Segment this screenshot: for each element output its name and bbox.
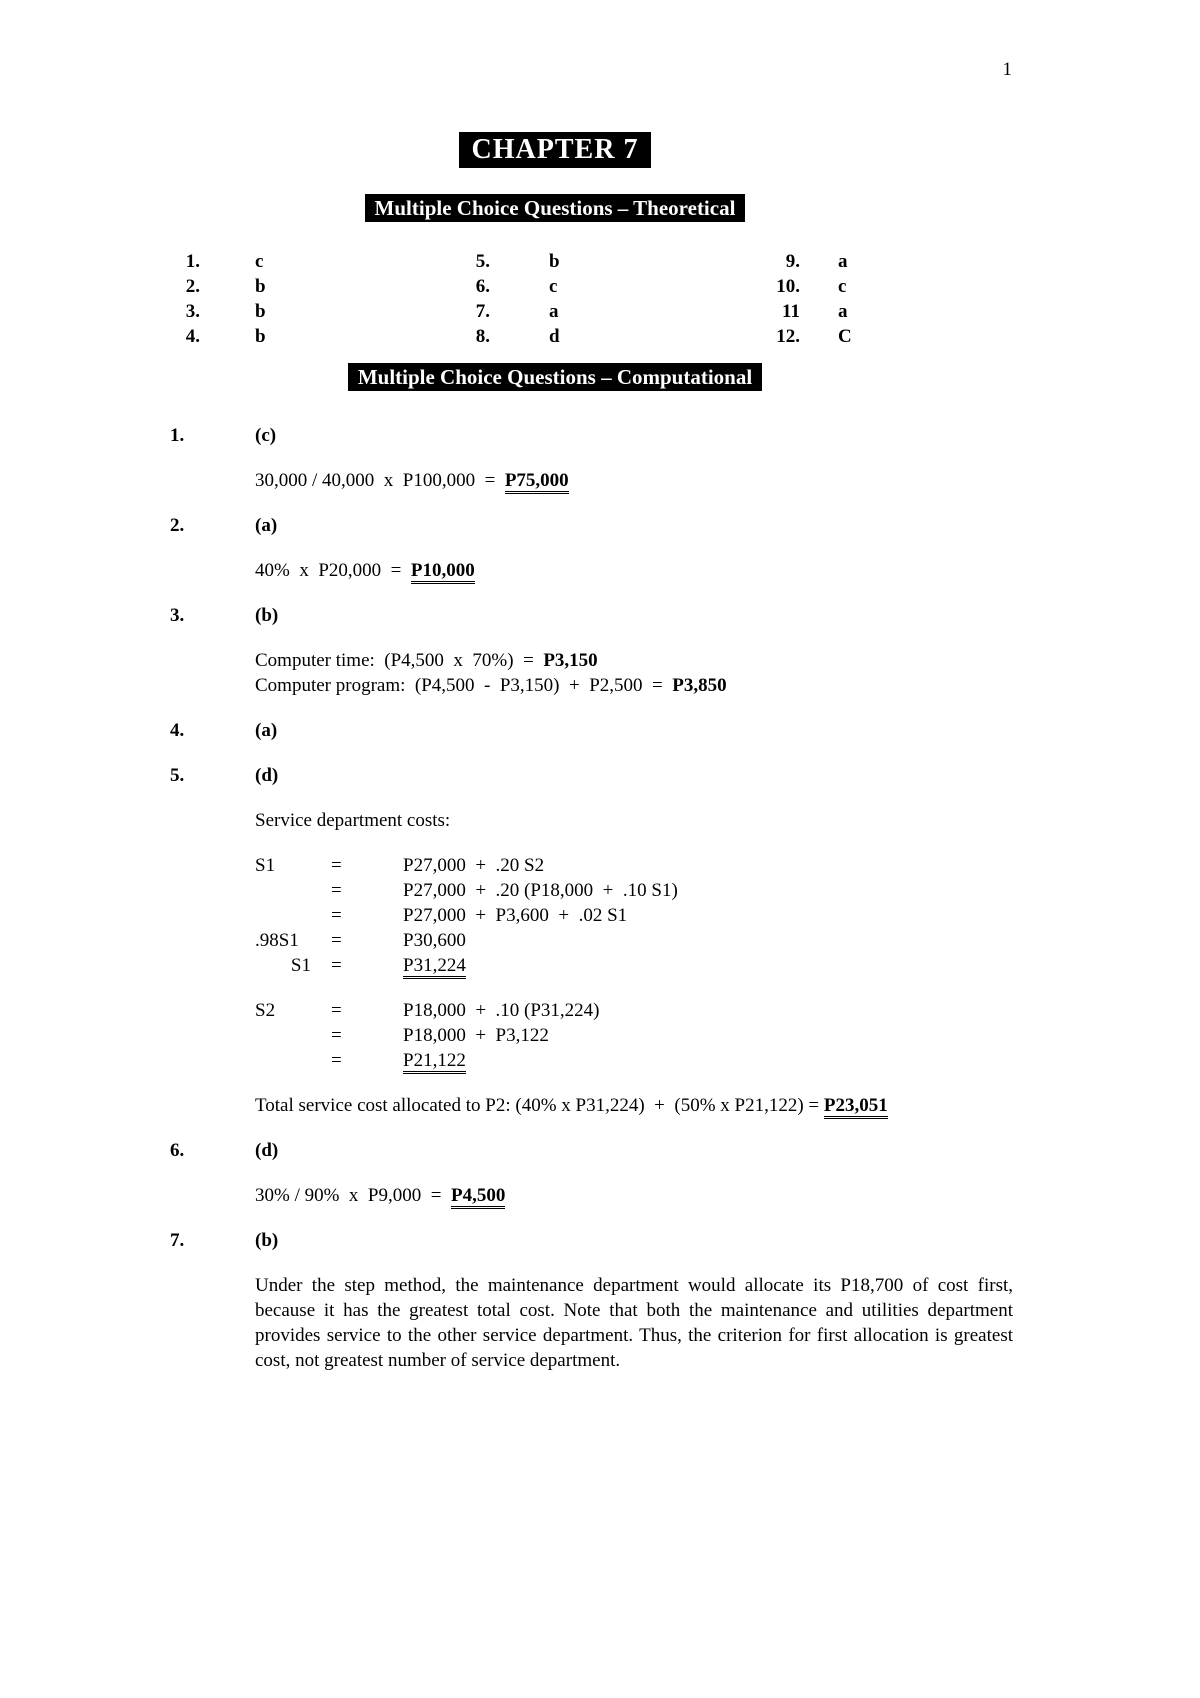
item-answer-letter: (c): [255, 423, 276, 448]
equals-sign: =: [331, 1048, 403, 1073]
answer-number: 9.: [740, 249, 800, 274]
s1-equation-table: S1 = P27,000 + .20 S2 = P27,000 + .20 (P…: [255, 853, 1200, 978]
equation-expression: P18,000 + P3,122: [403, 1023, 1200, 1048]
equation-label: [255, 878, 331, 903]
answer-letter: c: [490, 274, 740, 299]
formula-result: P3,150: [543, 650, 597, 671]
formula-result: P23,051: [824, 1095, 888, 1119]
theoretical-heading-row: Multiple Choice Questions – Theoretical: [0, 194, 1200, 222]
answer-letter: b: [200, 324, 430, 349]
equation-expression: P27,000 + P3,600 + .02 S1: [403, 903, 1200, 928]
answer-number: 11: [740, 299, 800, 324]
answer-number: 3.: [0, 299, 200, 324]
item-number: 4.: [170, 718, 255, 743]
item-number: 6.: [170, 1138, 255, 1163]
s2-equation-table: S2 = P18,000 + .10 (P31,224) = P18,000 +…: [255, 998, 1200, 1073]
formula-result: P75,000: [505, 470, 569, 494]
equation-row: = P27,000 + P3,600 + .02 S1: [255, 903, 1200, 928]
equals-sign: =: [331, 998, 403, 1023]
item-number: 1.: [170, 423, 255, 448]
chapter-title: CHAPTER 7: [459, 132, 652, 168]
equation-expression: P27,000 + .20 (P18,000 + .10 S1): [403, 878, 1200, 903]
answer-letter: a: [800, 299, 1200, 324]
formula-line: 30% / 90% x P9,000 = P4,500: [255, 1183, 1200, 1208]
equation-label: S1: [255, 953, 331, 978]
formula-lead: 30,000 / 40,000 x P100,000 =: [255, 470, 505, 491]
formula-result: P3,850: [672, 675, 726, 696]
formula-line: 30,000 / 40,000 x P100,000 = P75,000: [255, 468, 1200, 493]
answer-number: 10.: [740, 274, 800, 299]
equals-sign: =: [331, 953, 403, 978]
item-2-body: 40% x P20,000 = P10,000: [255, 558, 1200, 583]
item-7-body: Under the step method, the maintenance d…: [255, 1273, 1200, 1373]
answer-number: 2.: [0, 274, 200, 299]
formula-lead: 40% x P20,000 =: [255, 560, 411, 581]
computational-heading-row: Multiple Choice Questions – Computationa…: [0, 363, 1200, 391]
answer-number: 12.: [740, 324, 800, 349]
equals-sign: =: [331, 878, 403, 903]
answer-number: 6.: [430, 274, 490, 299]
item-number: 5.: [170, 763, 255, 788]
item-answer-letter: (b): [255, 1228, 278, 1253]
formula-line: Computer program: (P4,500 - P3,150) + P2…: [255, 673, 1200, 698]
equals-sign: =: [331, 928, 403, 953]
equation-result: P21,122: [403, 1048, 1200, 1073]
computational-items: 1. (c) 30,000 / 40,000 x P100,000 = P75,…: [0, 423, 1200, 1373]
item-answer-letter: (d): [255, 1138, 278, 1163]
equation-result: P31,224: [403, 953, 1200, 978]
item-6-head: 6. (d): [170, 1138, 1200, 1163]
item-1-head: 1. (c): [170, 423, 1200, 448]
item-3-head: 3. (b): [170, 603, 1200, 628]
answer-number: 7.: [430, 299, 490, 324]
item-number: 2.: [170, 513, 255, 538]
chapter-title-row: CHAPTER 7: [0, 132, 1200, 168]
answer-number: 8.: [430, 324, 490, 349]
answer-letter: c: [200, 249, 430, 274]
formula-result: P4,500: [451, 1185, 505, 1209]
item-3-body: Computer time: (P4,500 x 70%) = P3,150 C…: [255, 648, 1200, 698]
equation-row: = P18,000 + P3,122: [255, 1023, 1200, 1048]
equation-expression: P30,600: [403, 928, 1200, 953]
equation-row: .98S1 = P30,600: [255, 928, 1200, 953]
document-page: 1 CHAPTER 7 Multiple Choice Questions – …: [0, 0, 1200, 1373]
item-2-head: 2. (a): [170, 513, 1200, 538]
page-number: 1: [0, 0, 1200, 82]
equals-sign: =: [331, 1023, 403, 1048]
equation-label: .98S1: [255, 928, 331, 953]
solution-paragraph: Under the step method, the maintenance d…: [255, 1273, 1013, 1373]
answer-letter: c: [800, 274, 1200, 299]
item-answer-letter: (b): [255, 603, 278, 628]
theoretical-answers-grid: 1. c 5. b 9. a 2. b 6. c 10. c 3. b 7. a…: [0, 249, 1200, 349]
equation-row: = P27,000 + .20 (P18,000 + .10 S1): [255, 878, 1200, 903]
formula-lead: Computer time: (P4,500 x 70%) =: [255, 650, 543, 671]
item-answer-letter: (d): [255, 763, 278, 788]
item-4-head: 4. (a): [170, 718, 1200, 743]
formula-line: Computer time: (P4,500 x 70%) = P3,150: [255, 648, 1200, 673]
intro-line: Service department costs:: [255, 808, 1200, 833]
equation-row: S2 = P18,000 + .10 (P31,224): [255, 998, 1200, 1023]
formula-line: 40% x P20,000 = P10,000: [255, 558, 1200, 583]
item-answer-letter: (a): [255, 513, 277, 538]
answer-letter: a: [800, 249, 1200, 274]
equation-label: [255, 1048, 331, 1073]
answer-letter: b: [200, 274, 430, 299]
equation-row: S1 = P31,224: [255, 953, 1200, 978]
equals-sign: =: [331, 903, 403, 928]
item-answer-letter: (a): [255, 718, 277, 743]
item-5-body: Service department costs: S1 = P27,000 +…: [255, 808, 1200, 1118]
theoretical-heading: Multiple Choice Questions – Theoretical: [365, 194, 746, 222]
equation-label: [255, 1023, 331, 1048]
answer-letter: C: [800, 324, 1200, 349]
formula-result: P10,000: [411, 560, 475, 584]
formula-lead: 30% / 90% x P9,000 =: [255, 1185, 451, 1206]
answer-letter: b: [490, 249, 740, 274]
item-number: 3.: [170, 603, 255, 628]
answer-letter: b: [200, 299, 430, 324]
answer-letter: a: [490, 299, 740, 324]
item-1-body: 30,000 / 40,000 x P100,000 = P75,000: [255, 468, 1200, 493]
item-5-head: 5. (d): [170, 763, 1200, 788]
equation-row: S1 = P27,000 + .20 S2: [255, 853, 1200, 878]
equals-sign: =: [331, 853, 403, 878]
answer-number: 1.: [0, 249, 200, 274]
item-number: 7.: [170, 1228, 255, 1253]
item-6-body: 30% / 90% x P9,000 = P4,500: [255, 1183, 1200, 1208]
answer-number: 4.: [0, 324, 200, 349]
computational-heading: Multiple Choice Questions – Computationa…: [348, 363, 762, 391]
answer-letter: d: [490, 324, 740, 349]
answer-number: 5.: [430, 249, 490, 274]
formula-group: Computer time: (P4,500 x 70%) = P3,150 C…: [255, 648, 1200, 698]
equation-label: S1: [255, 853, 331, 878]
formula-lead: Total service cost allocated to P2: (40%…: [255, 1095, 824, 1116]
item-7-head: 7. (b): [170, 1228, 1200, 1253]
equation-expression: P18,000 + .10 (P31,224): [403, 998, 1200, 1023]
formula-lead: Computer program: (P4,500 - P3,150) + P2…: [255, 675, 672, 696]
equation-label: S2: [255, 998, 331, 1023]
equation-expression: P27,000 + .20 S2: [403, 853, 1200, 878]
equation-row: = P21,122: [255, 1048, 1200, 1073]
equation-label: [255, 903, 331, 928]
total-allocation-line: Total service cost allocated to P2: (40%…: [255, 1093, 1200, 1118]
